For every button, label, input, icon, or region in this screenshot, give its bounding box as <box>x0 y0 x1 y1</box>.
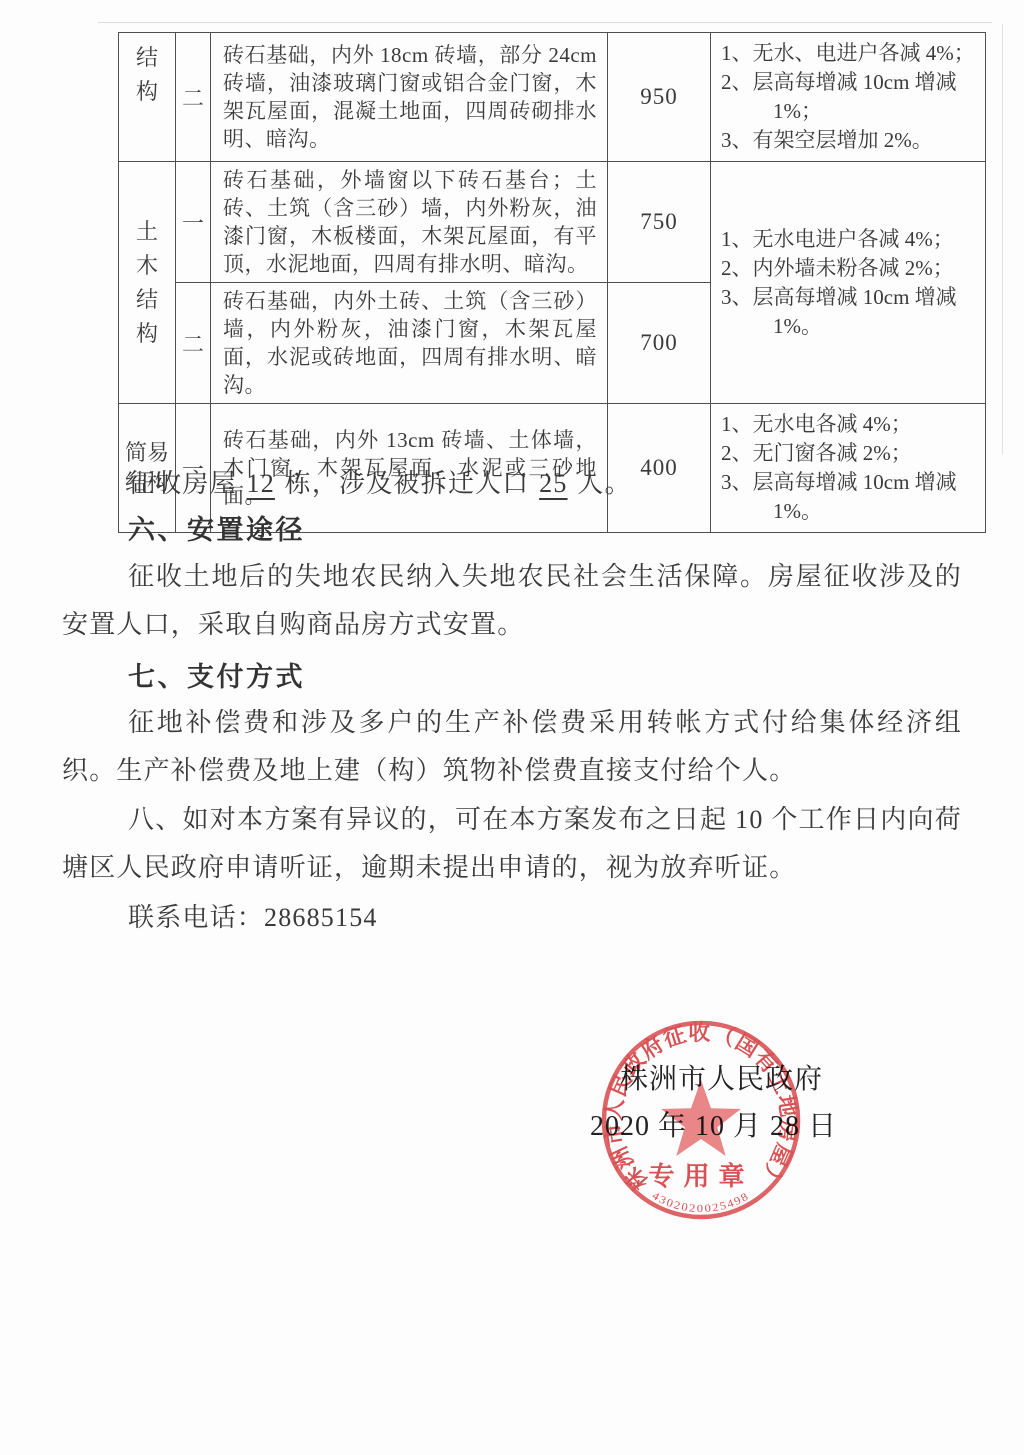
houses-count: 12 <box>245 469 277 498</box>
table-row: 土木结构 一 砖石基础，外墙窗以下砖石基台；土砖、土筑（含三砂）墙，内外粉灰，油… <box>119 162 986 283</box>
grade-cell: 一 <box>176 162 211 283</box>
price-cell: 750 <box>608 162 711 283</box>
section-seven-heading: 七、支付方式 <box>128 655 305 694</box>
note-item: 3、有架空层增加 2%。 <box>721 126 979 155</box>
notes-cell: 1、无水电进户各减 4%； 2、内外墙未粉各减 2%； 3、层高每增减 10cm… <box>711 162 986 404</box>
description-cell: 砖石基础，外墙窗以下砖石基台；土砖、土筑（含三砂）墙，内外粉灰，油漆门窗，木板楼… <box>211 162 608 283</box>
compensation-table: 结构 二 砖石基础，内外 18cm 砖墙，部分 24cm 砖墙，油漆玻璃门窗或铝… <box>118 32 986 533</box>
price-cell: 700 <box>608 283 711 404</box>
scan-artifact-line <box>1002 24 1003 454</box>
document-page: 结构 二 砖石基础，内外 18cm 砖墙，部分 24cm 砖墙，油漆玻璃门窗或铝… <box>0 0 1024 1455</box>
seal-bottom-text: 专用章 <box>648 1161 753 1191</box>
scan-artifact-line <box>98 22 992 23</box>
notes-cell: 1、无水、电进户各减 4%； 2、层高每增减 10cm 增减 1%； 3、有架空… <box>711 33 986 162</box>
section-six-heading: 六、安置途径 <box>128 508 305 547</box>
category-label: 土木结构 <box>135 215 159 351</box>
note-item: 1、无水电进户各减 4%； <box>721 225 979 254</box>
note-item: 2、内外墙未粉各减 2%； <box>721 254 979 283</box>
table-row: 结构 二 砖石基础，内外 18cm 砖墙，部分 24cm 砖墙，油漆玻璃门窗或铝… <box>119 33 986 162</box>
grade-cell: 二 <box>176 283 211 404</box>
signature-date: 2020 年 10 月 28 日 <box>590 1104 837 1144</box>
contact-line: 联系电话：28685154 <box>62 894 962 942</box>
section-seven-paragraph: 征地补偿费和涉及多户的生产补偿费采用转帐方式付给集体经济组织。生产补偿费及地上建… <box>62 699 962 795</box>
description-cell: 砖石基础，内外土砖、土筑（含三砂）墙，内外粉灰，油漆门窗，木架瓦屋面，水泥或砖地… <box>211 283 608 404</box>
category-label: 结构 <box>135 41 159 109</box>
summary-mid: 栋，涉及被拆迁人口 <box>285 469 530 498</box>
category-cell: 结构 <box>119 33 176 162</box>
summary-prefix: 征收房屋 <box>128 469 237 498</box>
summary-line: 征收房屋 12 栋，涉及被拆迁人口 25 人。 <box>62 460 962 508</box>
grade-cell: 二 <box>176 33 211 162</box>
section-eight-paragraph: 八、如对本方案有异议的，可在本方案发布之日起 10 个工作日内向荷塘区人民政府申… <box>62 796 962 892</box>
summary-suffix: 人。 <box>577 469 631 498</box>
people-count: 25 <box>537 469 569 498</box>
category-cell: 土木结构 <box>119 162 176 404</box>
government-name: 株洲市人民政府 <box>620 1057 823 1097</box>
note-item: 2、层高每增减 10cm 增减 1%； <box>721 68 979 126</box>
note-item: 3、层高每增减 10cm 增减 1%。 <box>721 283 979 341</box>
description-cell: 砖石基础，内外 18cm 砖墙，部分 24cm 砖墙，油漆玻璃门窗或铝合金门窗，… <box>211 33 608 162</box>
signature-block: 株洲市人民政府征收（国有土地房屋） 专用章 4302020025498 株洲市人… <box>596 1015 836 1255</box>
note-item: 1、无水、电进户各减 4%； <box>721 39 979 68</box>
section-six-paragraph: 征收土地后的失地农民纳入失地农民社会生活保障。房屋征收涉及的安置人口，采取自购商… <box>62 553 962 649</box>
note-item: 1、无水电各减 4%； <box>721 410 979 439</box>
price-cell: 950 <box>608 33 711 162</box>
